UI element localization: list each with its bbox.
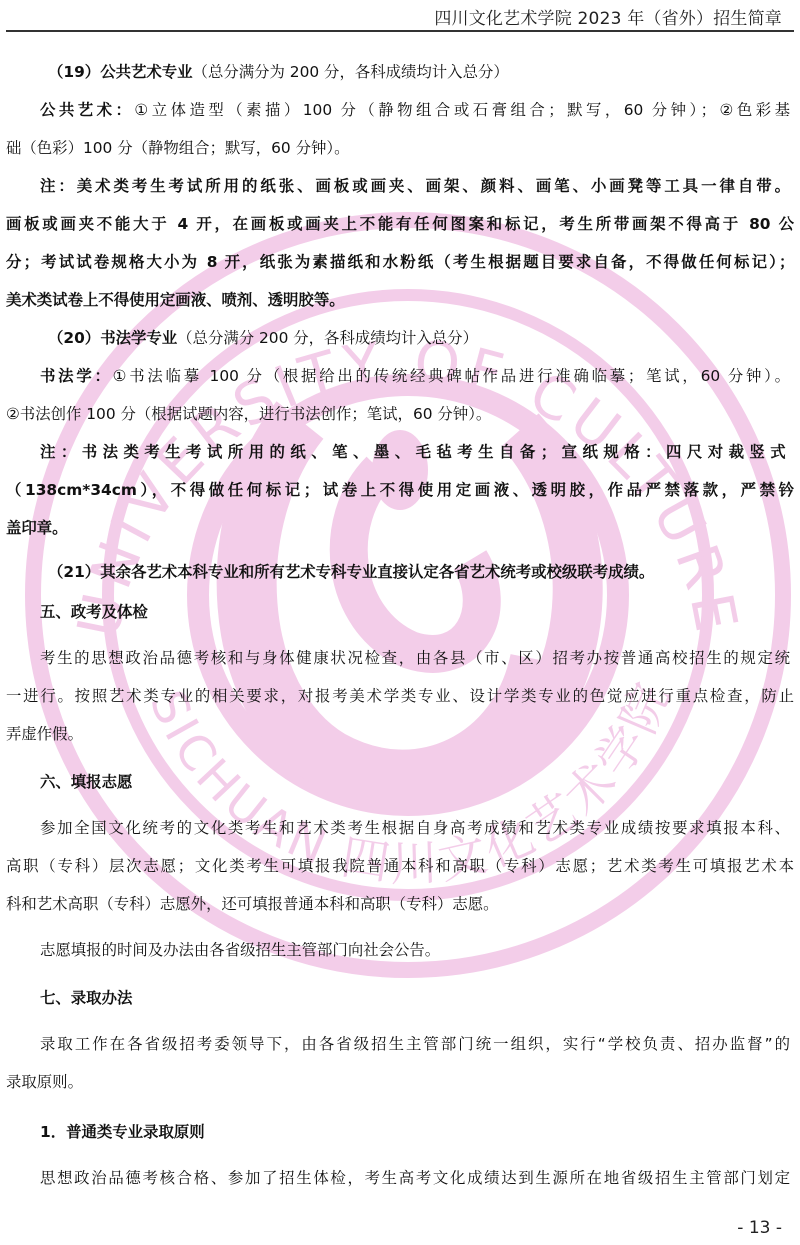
section5-para-line1: 考生的思想政治品德考核和与身体健康状况检查，由各县（市、区）招考办按普通高校招生… — [40, 648, 790, 668]
item19-note-line2: 画板或画夹不能大于 4 开，在画板或画夹上不能有任何图案和标记，考生所带画架不得… — [6, 214, 794, 234]
section5-heading: 五、政考及体检 — [40, 602, 790, 622]
section7-sub1-heading: 1．普通类专业录取原则 — [40, 1122, 790, 1142]
svg-text:UNIVERSITY OF CULTURE AND ARTS: UNIVERSITY OF CULTURE AND ARTS — [0, 0, 752, 643]
section6-para1-line1: 参加全国文化统考的文化类考生和艺术类考生根据自身高考成绩和艺术类专业成绩按要求填… — [40, 818, 790, 838]
item19-subject-line1: 公共艺术：①立体造型（素描）100 分（静物组合或石膏组合；默写，60 分钟）；… — [40, 100, 790, 120]
item19-note-line3: 分；考试试卷规格大小为 8 开，纸张为素描纸和水粉纸（考生根据题目要求自备，不得… — [6, 252, 794, 272]
section6-para1-line3: 科和艺术高职（专科）志愿外，还可填报普通本科和高职（专科）志愿。 — [6, 894, 794, 914]
item20-note-line2: （138cm*34cm），不得做任何标记；试卷上不得使用定画液、透明胶，作品严禁… — [6, 480, 794, 500]
section7-para-line2: 录取原则。 — [6, 1072, 794, 1092]
item19-subject-text: ①立体造型（素描）100 分（静物组合或石膏组合；默写，60 分钟）；②色彩基 — [134, 101, 790, 119]
item19-heading: （19）公共艺术专业（总分满分为 200 分，各科成绩均计入总分） — [48, 62, 790, 82]
item20-subject-label: 书法学： — [40, 367, 113, 385]
item20-note: （总分满分 200 分，各科成绩均计入总分） — [177, 329, 478, 347]
item20-note-line1: 注：书法类考生考试所用的纸、笔、墨、毛毡考生自备；宣纸规格：四尺对裁竖式 — [40, 442, 790, 462]
section6-para1-line2: 高职（专科）层次志愿；文化类考生可填报我院普通本科和高职（专科）志愿；艺术类考生… — [6, 856, 794, 876]
item20-subject-text: ①书法临摹 100 分（根据给出的传统经典碑帖作品进行准确临摹；笔试，60 分钟… — [113, 367, 790, 385]
page-number: - 13 - — [737, 1218, 782, 1238]
section6-para2: 志愿填报的时间及办法由各省级招生主管部门向社会公告。 — [40, 940, 790, 960]
item19-title: （19）公共艺术专业 — [48, 63, 193, 81]
header-divider — [6, 30, 794, 32]
item20-subject-line2: ②书法创作 100 分（根据试题内容，进行书法创作；笔试，60 分钟）。 — [6, 404, 794, 424]
section5-para-line2: 一进行。按照艺术类专业的相关要求，对报考美术学类专业、设计学类专业的色觉应进行重… — [6, 686, 794, 706]
section7-para-line1: 录取工作在各省级招考委领导下，由各省级招生主管部门统一组织，实行“学校负责、招办… — [40, 1034, 790, 1054]
item20-title: （20）书法学专业 — [48, 329, 177, 347]
item19-note-line1: 注：美术类考生考试所用的纸张、画板或画夹、画架、颜料、画笔、小画凳等工具一律自带… — [40, 176, 790, 196]
item20-heading: （20）书法学专业（总分满分 200 分，各科成绩均计入总分） — [48, 328, 790, 348]
item19-note: （总分满分为 200 分，各科成绩均计入总分） — [193, 63, 509, 81]
item19-note-line4: 美术类试卷上不得使用定画液、喷剂、透明胶等。 — [6, 290, 794, 310]
section7-sub1-line1: 思想政治品德考核合格、参加了招生体检，考生高考文化成绩达到生源所在地省级招生主管… — [40, 1168, 790, 1188]
header-title: 四川文化艺术学院 2023 年（省外）招生简章 — [434, 4, 782, 29]
section7-heading: 七、录取办法 — [40, 988, 790, 1008]
item19-subject-label: 公共艺术： — [40, 101, 134, 119]
section5-para-line3: 弄虚作假。 — [6, 724, 794, 744]
item19-subject-line2: 础（色彩）100 分（静物组合；默写，60 分钟）。 — [6, 138, 794, 158]
item21-text: （21）其余各艺术本科专业和所有艺术专科专业直接认定各省艺术统考或校级联考成绩。 — [48, 562, 790, 582]
item20-subject-line1: 书法学：①书法临摹 100 分（根据给出的传统经典碑帖作品进行准确临摹；笔试，6… — [40, 366, 790, 386]
item20-note-line3: 盖印章。 — [6, 518, 794, 538]
section6-heading: 六、填报志愿 — [40, 772, 790, 792]
